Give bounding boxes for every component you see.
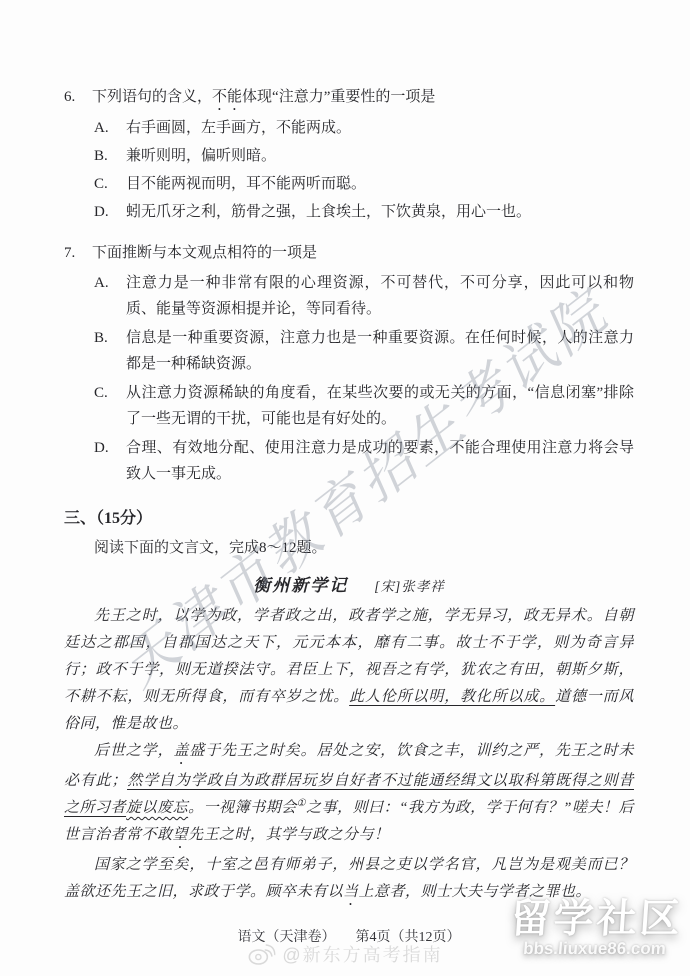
option-label: B. (94, 142, 126, 170)
watermark-brand-name: 留学社区 (509, 898, 684, 940)
passage-title-line: 衡州新学记[宋]张孝祥 (64, 571, 634, 596)
option-text: 注意力是一种非常有限的心理资源，不可替代，不可分享，因此可以和物质、能量等资源相… (126, 270, 634, 322)
question-7-option-a: A. 注意力是一种非常有限的心理资源，不可替代，不可分享，因此可以和物质、能量等… (94, 270, 634, 322)
question-7-number: 7. (64, 240, 92, 267)
option-label: A. (94, 114, 126, 142)
option-text: 从注意力资源稀缺的角度看，在某些次要的或无关的方面，“信息闭塞”排除了一些无谓的… (126, 380, 634, 432)
question-6-option-c: C. 目不能两视而明，耳不能两听而聪。 (94, 170, 634, 198)
question-6-option-d: D. 蚓无爪牙之利，筋骨之强，上食埃土，下饮黄泉，用心一也。 (94, 198, 634, 226)
emphasized-word: 不能 (212, 89, 242, 105)
exam-page: 6. 下列语句的含义，不能体现“注意力”重要性的一项是 A. 右手画圆，左手画方… (0, 0, 690, 976)
question-6: 6. 下列语句的含义，不能体现“注意力”重要性的一项是 A. 右手画圆，左手画方… (64, 84, 634, 226)
question-7-option-c: C. 从注意力资源稀缺的角度看，在某些次要的或无关的方面，“信息闭塞”排除了一些… (94, 380, 634, 432)
watermark-liuxue-community: 留学社区 bbs.liuxue86.com (508, 898, 684, 958)
option-label: D. (94, 435, 126, 487)
option-label: B. (94, 325, 126, 377)
option-label: D. (94, 198, 126, 226)
passage-author: [宋]张孝祥 (374, 579, 445, 594)
question-6-number: 6. (64, 84, 92, 114)
option-label: C. (94, 380, 126, 432)
option-text: 兼听则明，偏听则暗。 (126, 142, 634, 170)
emphasized-word: 望 (173, 827, 189, 843)
section-heading: 三、（15分） (64, 505, 634, 528)
option-text: 目不能两视而明，耳不能两听而聪。 (126, 170, 634, 198)
watermark-brand-url: bbs.liuxue86.com (508, 940, 681, 958)
option-label: A. (94, 270, 126, 322)
passage-paragraph-1: 先王之时，以学为政，学者政之出，政者学之施，学无异习，政无异术。自朝廷达之郡国，… (64, 603, 634, 738)
watermark-weibo-credit: @新东方高考指南 (247, 941, 442, 967)
passage-paragraph-2: 后世之学，盖盛于先王之时矣。居处之安，饮食之丰，训约之严，先王之时未必有此；然学… (64, 738, 634, 852)
wavy-underlined-phrase: 旋以废忘 (126, 800, 188, 816)
option-text: 信息是一种重要资源，注意力也是一种重要资源。在任何时候，人的注意力都是一种稀缺资… (126, 325, 634, 377)
question-7-stem-text: 下面推断与本文观点相符的一项是 (92, 240, 317, 267)
question-7-option-b: B. 信息是一种重要资源，注意力也是一种重要资源。在任何时候，人的注意力都是一种… (94, 325, 634, 377)
question-7-option-d: D. 合理、有效地分配、使用注意力是成功的要素，不能合理使用注意力将会导致人一事… (94, 435, 634, 487)
option-label: C. (94, 170, 126, 198)
option-text: 合理、有效地分配、使用注意力是成功的要素，不能合理使用注意力将会导致人一事无成。 (126, 435, 634, 487)
option-text: 右手画圆，左手画方，不能两成。 (126, 114, 634, 142)
emphasized-word: 当 (343, 884, 359, 900)
section-instruction: 阅读下面的文言文，完成8～12题。 (64, 535, 634, 562)
weibo-handle: @新东方高考指南 (282, 941, 442, 967)
question-6-option-b: B. 兼听则明，偏听则暗。 (94, 142, 634, 170)
weibo-icon (247, 942, 275, 966)
footnote-marker: ① (297, 798, 306, 809)
emphasized-word: 盖 (173, 743, 189, 759)
question-6-stem: 6. 下列语句的含义，不能体现“注意力”重要性的一项是 (64, 84, 634, 114)
passage-title: 衡州新学记 (253, 576, 348, 595)
question-7-stem: 7. 下面推断与本文观点相符的一项是 (64, 240, 634, 267)
question-6-option-a: A. 右手画圆，左手画方，不能两成。 (94, 114, 634, 142)
question-6-stem-text: 下列语句的含义，不能体现“注意力”重要性的一项是 (92, 84, 435, 114)
underlined-sentence: 此人伦所以明，教化所以成。 (349, 689, 555, 705)
option-text: 蚓无爪牙之利，筋骨之强，上食埃土，下饮黄泉，用心一也。 (126, 198, 634, 226)
question-7: 7. 下面推断与本文观点相符的一项是 A. 注意力是一种非常有限的心理资源，不可… (64, 240, 634, 487)
